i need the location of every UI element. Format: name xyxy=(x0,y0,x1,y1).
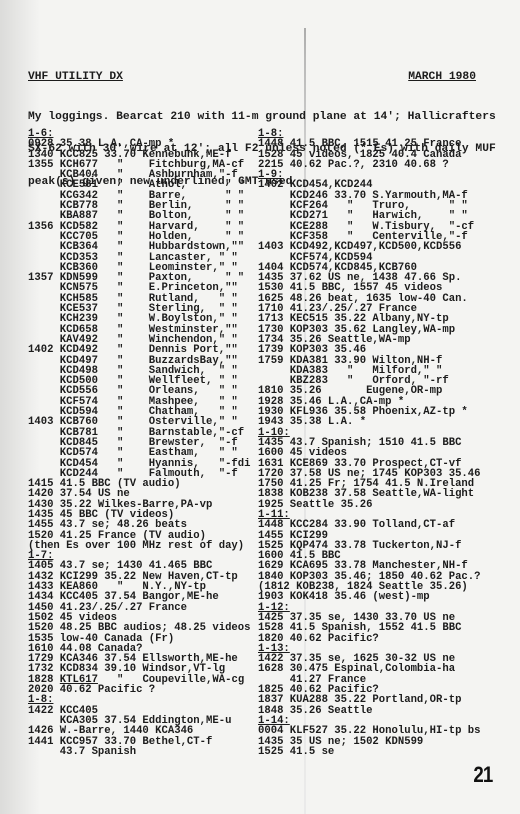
page-header: VHF UTILITY DX MARCH 1980 xyxy=(28,71,476,83)
log-entry: 1903 KOK418 35.46 (west)-mp xyxy=(258,592,481,602)
log-entry: KCD574 " Eastham, " " xyxy=(28,448,251,458)
log-entry: 1520 48.25 BBC audios; 48.25 videos xyxy=(28,623,251,633)
log-entry: 1525 41.5 se xyxy=(258,747,481,757)
log-entry: 2020 40.62 Pacific ? xyxy=(28,685,251,695)
log-entry: 1600 45 videos xyxy=(258,448,481,458)
log-entry: 43.7 Spanish xyxy=(28,747,251,757)
log-entry: 1848 35.26 Seattle xyxy=(258,706,481,716)
log-entry: 1426 W.-Barre, 1440 KCA346 xyxy=(28,726,251,736)
log-entry: 1925 Seattle 35.26 xyxy=(258,500,481,510)
log-column-right: 1-8:1448 41.5 BBC, 1515 41.25 France1528… xyxy=(258,129,481,757)
log-entry: 1820 40.62 Pacific? xyxy=(258,634,481,644)
log-entry: 1739 KOP303 35.46 xyxy=(258,345,481,355)
log-entry: 1402 KCD492 " Dennis Port,"" xyxy=(28,345,251,355)
log-entry: 1528 41.5 Spanish, 1552 41.5 BBC xyxy=(258,623,481,633)
issue-date: MARCH 1980 xyxy=(408,71,476,83)
log-entry: 0004 KLF527 35.22 Honolulu,HI-tp bs xyxy=(258,726,481,736)
page-number: 21 xyxy=(473,762,492,788)
log-entry: 1943 35.38 L.A. * xyxy=(258,417,481,427)
log-entry: 2215 40.62 Pac.?, 2310 40.68 ? xyxy=(258,160,481,170)
log-column-left: 1-6:0928 35.38 L.A.,CA-mp *1340 KCC825 3… xyxy=(28,129,251,757)
intro-line: My loggings. Bearcat 210 with 11-m groun… xyxy=(28,112,498,122)
column-title: VHF UTILITY DX xyxy=(28,71,123,83)
log-entry: (then Es over 100 MHz rest of day) xyxy=(28,541,251,551)
